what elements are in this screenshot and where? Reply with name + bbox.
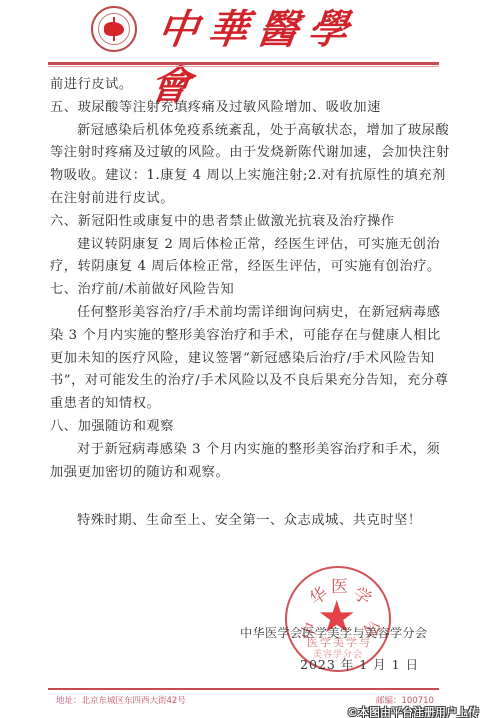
closing-slogan: 特殊时期、生命至上、安全第一、众志成城、共克时坚！ (50, 510, 450, 533)
letterhead-title: 中華醫學會 (154, 2, 402, 58)
letterhead: 中華醫學會 (0, 0, 483, 62)
header-divider (48, 62, 439, 65)
footer-divider (48, 688, 439, 690)
continuation-text: 前进行皮试。 (50, 74, 450, 97)
association-emblem-icon (91, 6, 137, 52)
signing-date: 2023 年 1 月 1 日 (300, 655, 419, 673)
footer-address: 地址：北京东城区东四西大街42号 (56, 694, 186, 706)
section-paragraph-7: 任何整形美容治疗/手术前均需详细询问病史，在新冠病毒感染 3 个月内实施的整形美… (50, 302, 450, 416)
section-paragraph-6: 建议转阴康复 2 周后体检正常，经医生评估，可实施无创治疗，转阴康复 4 周后体… (50, 234, 450, 280)
section-heading-7: 七、治疗前/术前做好风险告知 (50, 279, 450, 302)
document-body: 前进行皮试。 五、玻尿酸等注射充填疼痛及过敏风险增加、吸收加速 新冠感染后机体免… (50, 74, 450, 533)
section-heading-8: 八、加强随访和观察 (50, 416, 450, 439)
section-heading-5: 五、玻尿酸等注射充填疼痛及过敏风险增加、吸收加速 (50, 97, 450, 120)
section-paragraph-8: 对于新冠病毒感染 3 个月内实施的整形美容治疗和手术，须加强更加密切的随访和观察… (50, 439, 450, 485)
header-divider-thin (48, 66, 439, 67)
signing-organization: 中华医学会医学美学与美容学分会 (240, 624, 427, 641)
section-paragraph-5: 新冠感染后机体免疫系统紊乱，处于高敏状态，增加了玻尿酸等注射时疼痛及过敏的风险。… (50, 120, 450, 211)
section-heading-6: 六、新冠阳性或康复中的患者禁止做激光抗衰及治疗操作 (50, 211, 450, 234)
upload-watermark: ©本图由平台注册用户上传 (347, 704, 479, 718)
